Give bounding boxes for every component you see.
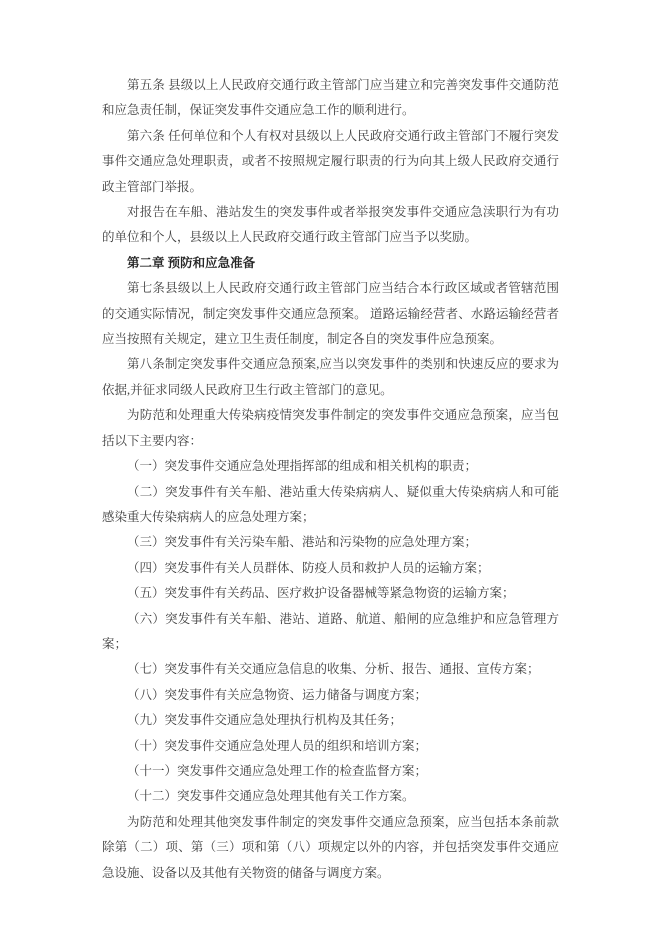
paragraph: 对报告在车船、港站发生的突发事件或者举报突发事件交通应急渎职行为有功的单位和个人…: [102, 200, 559, 251]
document-page: 第五条 县级以上人民政府交通行政主管部门应当建立和完善突发事件交通防范和应急责任…: [0, 0, 662, 936]
list-item: （十）突发事件交通应急处理人员的组织和培训方案；: [102, 734, 559, 759]
paragraph: 第六条 任何单位和个人有权对县级以上人民政府交通行政主管部门不履行突发事件交通应…: [102, 124, 559, 200]
paragraph: 为防范和处理其他突发事件制定的突发事件交通应急预案，应当包括本条前款除第（二）项…: [102, 810, 559, 886]
list-item: （二）突发事件有关车船、港站重大传染病病人、疑似重大传染病病人和可能感染重大传染…: [102, 480, 559, 531]
list-item: （一）突发事件交通应急处理指挥部的组成和相关机构的职责；: [102, 454, 559, 479]
document-body: 第五条 县级以上人民政府交通行政主管部门应当建立和完善突发事件交通防范和应急责任…: [102, 73, 559, 886]
list-item: （三）突发事件有关污染车船、港站和污染物的应急处理方案；: [102, 530, 559, 555]
chapter-heading: 第二章 预防和应急准备: [102, 251, 559, 276]
paragraph: 第八条制定突发事件交通应急预案,应当以突发事件的类别和快速反应的要求为依据,并征…: [102, 352, 559, 403]
paragraph: 为防范和处理重大传染病疫情突发事件制定的突发事件交通应急预案，应当包括以下主要内…: [102, 403, 559, 454]
list-item: （七）突发事件有关交通应急信息的收集、分析、报告、通报、宣传方案；: [102, 657, 559, 682]
list-item: （九）突发事件交通应急处理执行机构及其任务；: [102, 708, 559, 733]
list-item: （十一）突发事件交通应急处理工作的检查监督方案；: [102, 759, 559, 784]
list-item: （四）突发事件有关人员群体、防疫人员和救护人员的运输方案；: [102, 556, 559, 581]
paragraph: 第七条县级以上人民政府交通行政主管部门应当结合本行政区域或者管辖范围的交通实际情…: [102, 276, 559, 352]
paragraph: 第五条 县级以上人民政府交通行政主管部门应当建立和完善突发事件交通防范和应急责任…: [102, 73, 559, 124]
list-item: （十二）突发事件交通应急处理其他有关工作方案。: [102, 784, 559, 809]
list-item: （六）突发事件有关车船、港站、道路、航道、船闸的应急维护和应急管理方案；: [102, 607, 559, 658]
list-item: （八）突发事件有关应急物资、运力储备与调度方案；: [102, 683, 559, 708]
list-item: （五）突发事件有关药品、医疗救护设备器械等紧急物资的运输方案；: [102, 581, 559, 606]
